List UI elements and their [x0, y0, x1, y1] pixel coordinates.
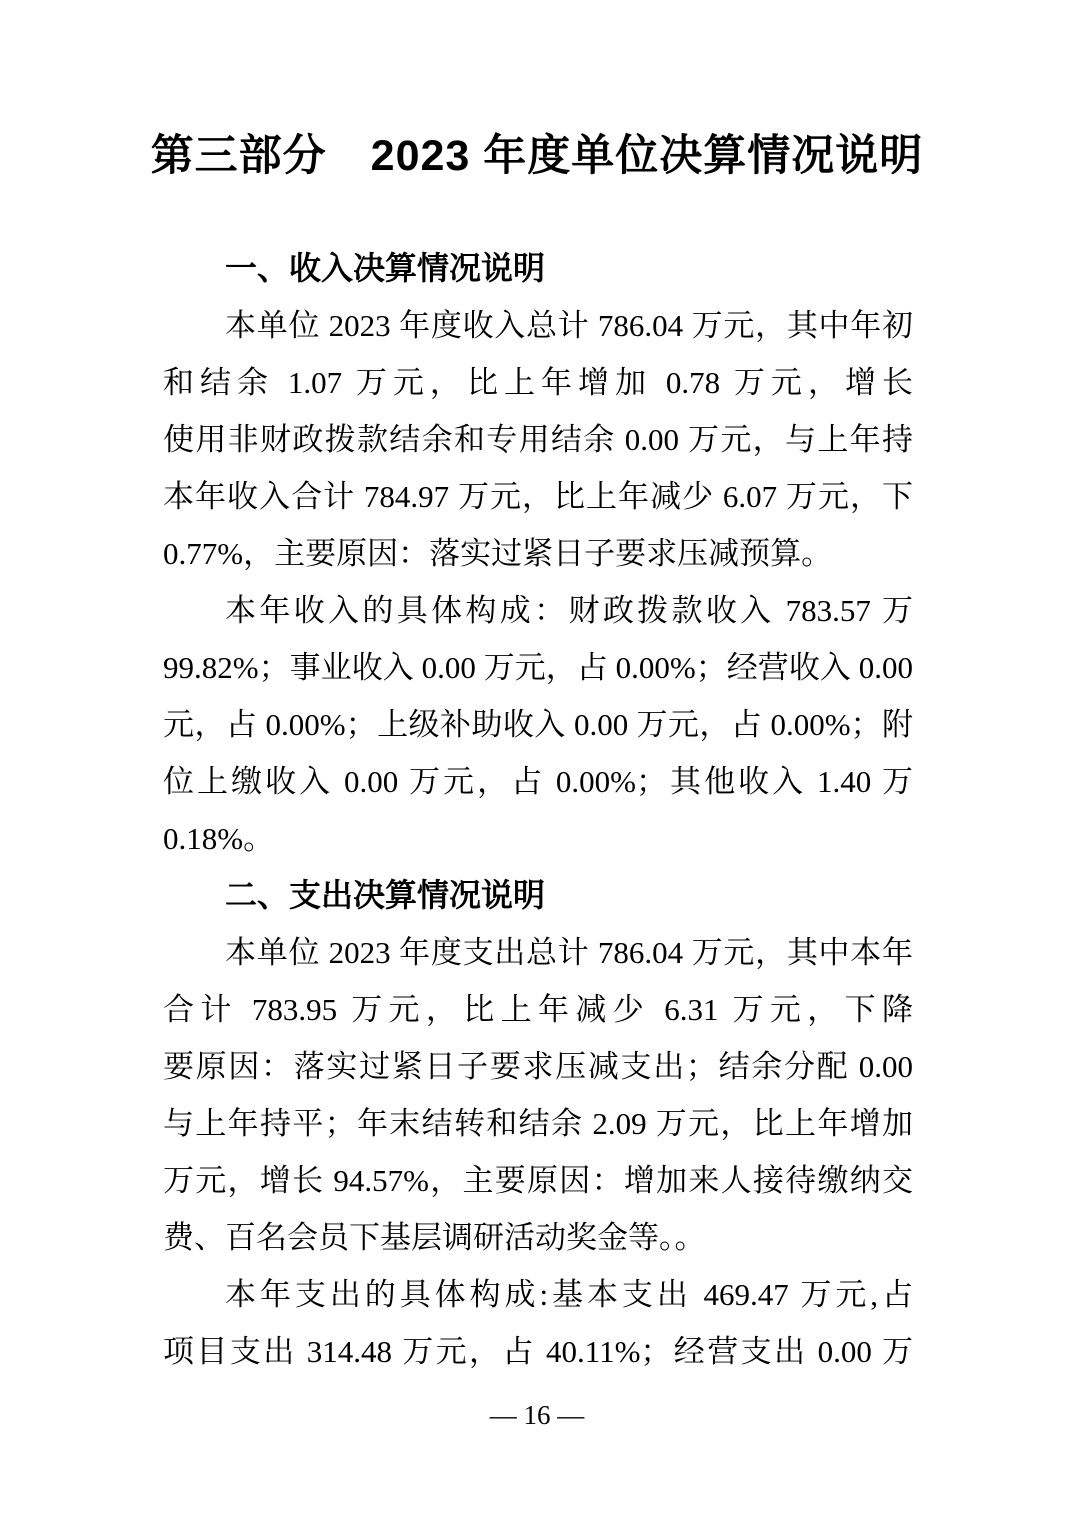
- text-line: 本年收入的具体构成：财政拨款收入 783.57 万元，占: [163, 582, 913, 639]
- expenditure-paragraph-summary: 本单位 2023 年度支出总计 786.04 万元，其中本年支出 合计 783.…: [163, 924, 913, 1266]
- text-line: 本年收入合计 784.97 万元，比上年减少 6.07 万元，下降: [163, 468, 913, 525]
- page-number: — 16 —: [0, 1398, 1074, 1432]
- text-line: 与上年持平；年末结转和结余 2.09 万元，比上年增加 1.02: [163, 1095, 913, 1152]
- text-line: 元，占 0.00%；上级补助收入 0.00 万元，占 0.00%；附属单: [163, 696, 913, 753]
- text-line: 99.82%；事业收入 0.00 万元，占 0.00%；经营收入 0.00 万: [163, 639, 913, 696]
- text-line: 0.77%，主要原因：落实过紧日子要求压减预算。: [163, 525, 913, 582]
- text-line: 本单位 2023 年度收入总计 786.04 万元，其中年初结转: [163, 297, 913, 354]
- text-line: 项目支出 314.48 万元，占 40.11%；经营支出 0.00 万元，占: [163, 1323, 913, 1380]
- income-paragraph-composition: 本年收入的具体构成：财政拨款收入 783.57 万元，占 99.82%；事业收入…: [163, 582, 913, 867]
- text-line: 万元，增长 94.57%，主要原因：增加来人接待缴纳交通伙食: [163, 1152, 913, 1209]
- document-body: 一、收入决算情况说明 本单位 2023 年度收入总计 786.04 万元，其中年…: [163, 240, 913, 1380]
- expenditure-paragraph-composition: 本年支出的具体构成:基本支出 469.47 万元,占 59.89%; 项目支出 …: [163, 1266, 913, 1380]
- section-heading-expenditure: 二、支出决算情况说明: [163, 867, 913, 924]
- text-line: 费、百名会员下基层调研活动奖金等。。: [163, 1209, 913, 1266]
- text-line: 位上缴收入 0.00 万元，占 0.00%；其他收入 1.40 万元，占: [163, 753, 913, 810]
- text-line: 本单位 2023 年度支出总计 786.04 万元，其中本年支出: [163, 924, 913, 981]
- text-line: 本年支出的具体构成:基本支出 469.47 万元,占 59.89%;: [163, 1266, 913, 1323]
- text-line: 合计 783.95 万元，比上年减少 6.31 万元，下降 0.80%，主: [163, 981, 913, 1038]
- text-line: 使用非财政拨款结余和专用结余 0.00 万元，与上年持平;: [163, 411, 913, 468]
- text-line: 要原因：落实过紧日子要求压减支出；结余分配 0.00 万元，: [163, 1038, 913, 1095]
- text-line: 0.18%。: [163, 810, 913, 867]
- document-page: 第三部分 2023 年度单位决算情况说明 一、收入决算情况说明 本单位 2023…: [0, 0, 1074, 1520]
- text-line: 和结余 1.07 万元，比上年增加 0.78 万元，增长 260.69%;: [163, 354, 913, 411]
- page-title: 第三部分 2023 年度单位决算情况说明: [0, 123, 1074, 189]
- income-paragraph-summary: 本单位 2023 年度收入总计 786.04 万元，其中年初结转 和结余 1.0…: [163, 297, 913, 582]
- section-heading-income: 一、收入决算情况说明: [163, 240, 913, 297]
